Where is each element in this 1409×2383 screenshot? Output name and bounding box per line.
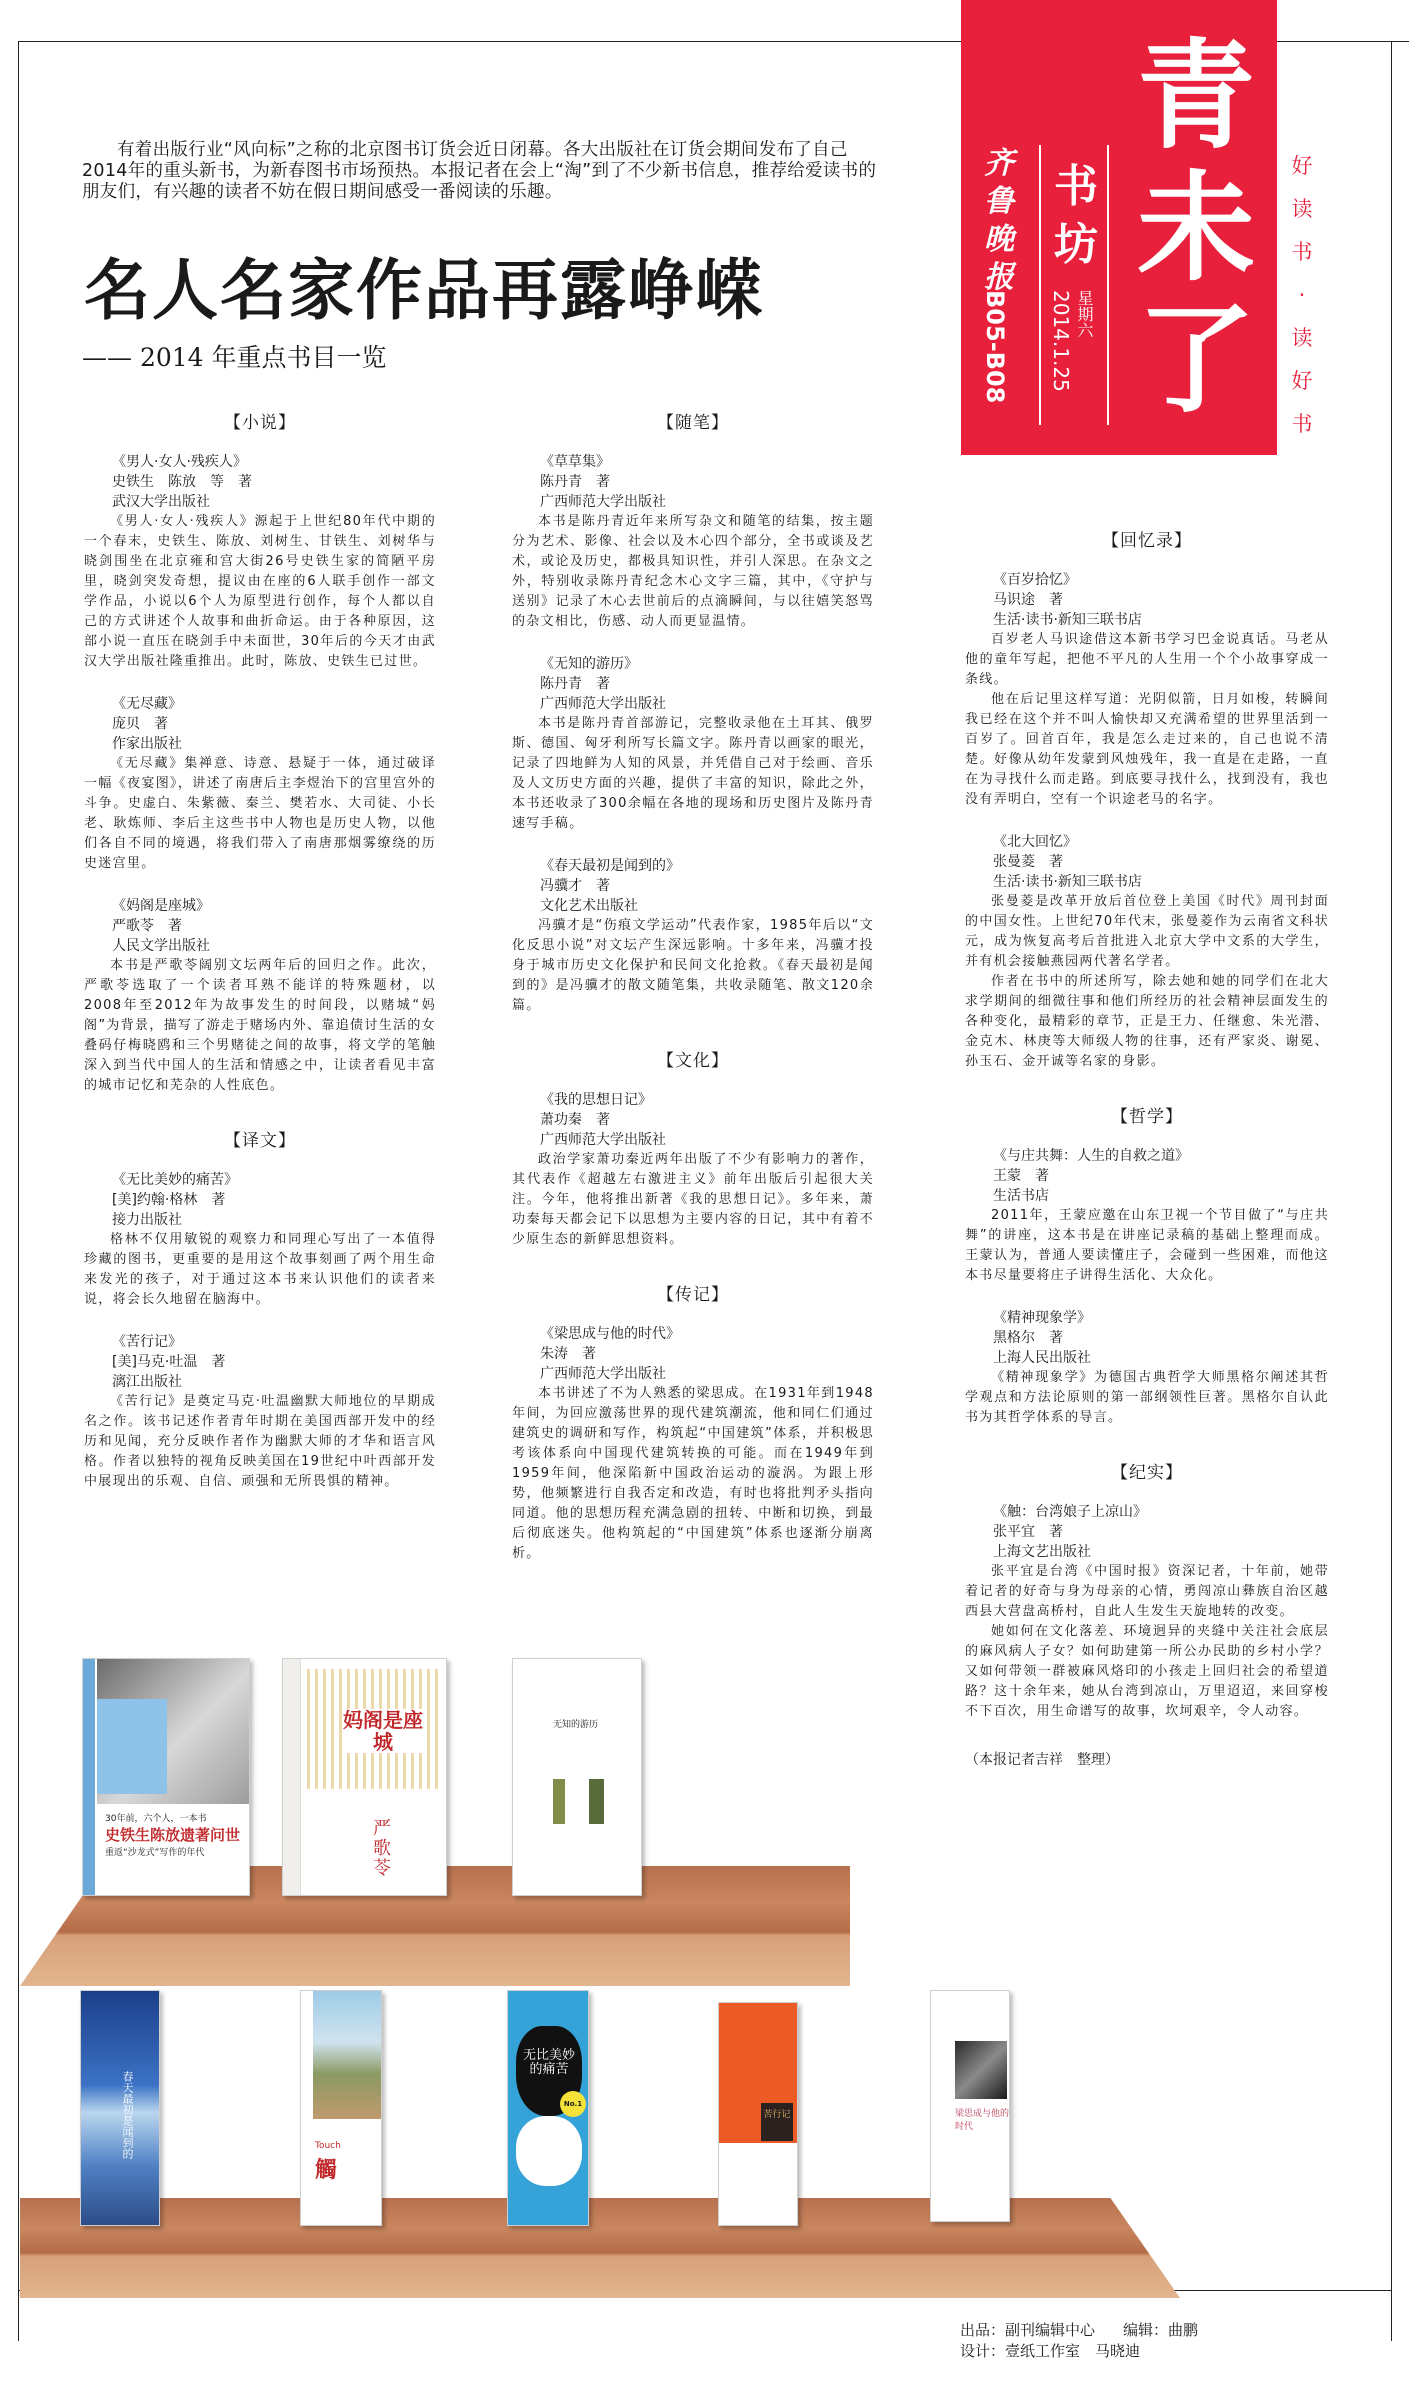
- book-title: 《我的思想日记》: [512, 1090, 874, 1110]
- book-description: 本书讲述了不为人熟悉的梁思成。在1931年到1948年间，为回应激荡世界的现代建…: [512, 1384, 874, 1564]
- slogan: 好读书·读好书: [1289, 145, 1315, 446]
- book-title: 《春天最初是闻到的》: [512, 856, 874, 876]
- book-publisher: 人民文学出版社: [84, 936, 436, 956]
- column-2: 【随笔】《草草集》陈丹青 著广西师范大学出版社本书是陈丹青近年来所写杂文和随笔的…: [512, 412, 874, 1586]
- producer-credit: 出品：副刊编辑中心: [960, 2321, 1095, 2339]
- book-title: 《与庄共舞：人生的自救之道》: [965, 1146, 1329, 1166]
- masthead-divider: [1107, 145, 1109, 425]
- book-description: 本书是陈丹青近年来所写杂文和随笔的结集，按主题分为艺术、影像、社会以及木心四个部…: [512, 512, 874, 632]
- masthead: 齐鲁晚报 书坊 B05-B08 2014.1.25 星期六 青未了: [961, 0, 1277, 455]
- book-publisher: 作家出版社: [84, 734, 436, 754]
- book-entry: 《百岁拾忆》马识途 著生活·读书·新知三联书店百岁老人马识途借这本新书学习巴金说…: [965, 570, 1329, 810]
- book-publisher: 广西师范大学出版社: [512, 492, 874, 512]
- description-paragraph: 2011年，王蒙应邀在山东卫视一个节目做了“与庄共舞”的讲座，这本书是在讲座记录…: [965, 1206, 1329, 1286]
- book-title: 《男人·女人·残疾人》: [84, 452, 436, 472]
- book-description: 《精神现象学》为德国古典哲学大师黑格尔阐述其哲学观点和方法论原则的第一部纲领性巨…: [965, 1368, 1329, 1428]
- book-entry: 《我的思想日记》萧功秦 著广西师范大学出版社政治学家萧功秦近两年出版了不少有影响…: [512, 1090, 874, 1250]
- book-title: 《无比美妙的痛苦》: [84, 1170, 436, 1190]
- issue-date: 2014.1.25: [1049, 290, 1073, 392]
- reporter-credit: （本报记者吉祥 整理）: [965, 1750, 1329, 1770]
- book-publisher: 生活·读书·新知三联书店: [965, 872, 1329, 892]
- book-author: 陈丹青 著: [512, 472, 874, 492]
- cover-photo: [955, 2041, 1007, 2099]
- book-title: 《精神现象学》: [965, 1308, 1329, 1328]
- cover-panel: [97, 1699, 167, 1794]
- book-publisher: 生活书店: [965, 1186, 1329, 1206]
- designer-credit: 设计：壹纸工作室 马晓迪: [960, 2342, 1140, 2360]
- book-cover-kuxingji: 苦行记: [718, 2002, 798, 2226]
- description-paragraph: 本书是严歌苓阔别文坛两年后的回归之作。此次，严歌苓选取了一个读者耳熟不能详的特殊…: [84, 956, 436, 1096]
- book-title: 《苦行记》: [84, 1332, 436, 1352]
- cover-title: 无知的游历: [553, 1717, 598, 1730]
- cover-title: 梁思成与他的时代: [955, 2106, 1009, 2132]
- masthead-divider: [1039, 145, 1041, 425]
- book-title: 《妈阁是座城》: [84, 896, 436, 916]
- section-heading: 【回忆录】: [965, 530, 1329, 552]
- book-cover-wuzhi-de-youli: 无知的游历: [512, 1658, 642, 1896]
- book-publisher: 广西师范大学出版社: [512, 1130, 874, 1150]
- book-author: 史铁生 陈放 等 著: [84, 472, 436, 492]
- cover-title: 妈阁是座城: [343, 1709, 423, 1753]
- book-author: 王蒙 著: [965, 1166, 1329, 1186]
- intro-paragraph: 有着出版行业“风向标”之称的北京图书订货会近日闭幕。各大出版社在订货会期间发布了…: [82, 140, 882, 203]
- book-title: 《草草集》: [512, 452, 874, 472]
- book-publisher: 广西师范大学出版社: [512, 694, 874, 714]
- cover-tagline: 30年前，六个人，一本书: [105, 1811, 206, 1824]
- book-publisher: 上海人民出版社: [965, 1348, 1329, 1368]
- description-paragraph: 《苦行记》是奠定马克·吐温幽默大师地位的早期成名之作。该书记述作者青年时期在美国…: [84, 1392, 436, 1492]
- book-cover-mage-shi-zuo-cheng: 妈阁是座城 严歌苓: [282, 1658, 447, 1896]
- book-spine: [83, 1659, 95, 1895]
- cover-cloud-white: [516, 2116, 582, 2186]
- book-description: 格林不仅用敏锐的观察力和同理心写出了一本值得珍藏的图书，更重要的是用这个故事刻画…: [84, 1230, 436, 1310]
- section-heading: 【纪实】: [965, 1462, 1329, 1484]
- book-publisher: 上海文艺出版社: [965, 1542, 1329, 1562]
- cover-title: 无比美妙的痛苦: [520, 2049, 578, 2078]
- book-description: 《苦行记》是奠定马克·吐温幽默大师地位的早期成名之作。该书记述作者青年时期在美国…: [84, 1392, 436, 1492]
- book-author: 严歌苓 著: [84, 916, 436, 936]
- book-description: 百岁老人马识途借这本新书学习巴金说真话。马老从他的童年写起，把他不平凡的人生用一…: [965, 630, 1329, 810]
- description-paragraph: 作者在书中的所述所写，除去她和她的同学们在北大求学期间的细微往事和他们所经历的社…: [965, 972, 1329, 1072]
- subheadline: —— 2014 年重点书目一览: [82, 338, 387, 374]
- cover-badge: No.1: [560, 2091, 586, 2117]
- cover-title: 苦行记: [761, 2103, 793, 2141]
- book-publisher: 漓江出版社: [84, 1372, 436, 1392]
- book-entry: 《与庄共舞：人生的自救之道》王蒙 著生活书店2011年，王蒙应邀在山东卫视一个节…: [965, 1146, 1329, 1286]
- cover-en-title: Touch: [315, 2141, 341, 2151]
- description-paragraph: 《男人·女人·残疾人》源起于上世纪80年代中期的一个春末，史铁生、陈放、刘树生、…: [84, 512, 436, 672]
- section-heading: 【哲学】: [965, 1106, 1329, 1128]
- description-paragraph: 本书讲述了不为人熟悉的梁思成。在1931年到1948年间，为回应激荡世界的现代建…: [512, 1384, 874, 1564]
- book-entry: 《苦行记》[美]马克·吐温 著漓江出版社《苦行记》是奠定马克·吐温幽默大师地位的…: [84, 1332, 436, 1492]
- description-paragraph: 张平宜是台湾《中国时报》资深记者，十年前，她带着记者的好奇与身为母亲的心情，勇闯…: [965, 1562, 1329, 1622]
- book-entry: 《北大回忆》张曼菱 著生活·读书·新知三联书店张曼菱是改革开放后首位登上美国《时…: [965, 832, 1329, 1072]
- book-entry: 《梁思成与他的时代》朱涛 著广西师范大学出版社本书讲述了不为人熟悉的梁思成。在1…: [512, 1324, 874, 1564]
- book-author: 陈丹青 著: [512, 674, 874, 694]
- book-entry: 《无比美妙的痛苦》[美]约翰·格林 著接力出版社格林不仅用敏锐的观察力和同理心写…: [84, 1170, 436, 1310]
- book-entry: 《春天最初是闻到的》冯骥才 著文化艺术出版社冯骥才是“伤痕文学运动”代表作家，1…: [512, 856, 874, 1016]
- book-description: 《男人·女人·残疾人》源起于上世纪80年代中期的一个春末，史铁生、陈放、刘树生、…: [84, 512, 436, 672]
- book-author: [美]马克·吐温 著: [84, 1352, 436, 1372]
- book-cover-wubi-meimiao: 无比美妙的痛苦 No.1: [507, 1990, 589, 2226]
- book-description: 2011年，王蒙应邀在山东卫视一个节目做了“与庄共舞”的讲座，这本书是在讲座记录…: [965, 1206, 1329, 1286]
- book-author: [美]约翰·格林 著: [84, 1190, 436, 1210]
- book-author: 张曼菱 著: [965, 852, 1329, 872]
- section-heading: 【传记】: [512, 1284, 874, 1306]
- cover-illustration: [553, 1779, 613, 1824]
- section-name: 书坊: [1051, 158, 1101, 274]
- book-publisher: 广西师范大学出版社: [512, 1364, 874, 1384]
- book-publisher: 生活·读书·新知三联书店: [965, 610, 1329, 630]
- cover-author: 严歌苓: [373, 1819, 393, 1879]
- book-author: 马识途 著: [965, 590, 1329, 610]
- credits-footer: 出品：副刊编辑中心编辑：曲鹏 设计：壹纸工作室 马晓迪: [960, 2320, 1198, 2362]
- book-title: 《触：台湾娘子上凉山》: [965, 1502, 1329, 1522]
- book-cover-nanren-nvren: 30年前，六个人，一本书 史铁生陈放遗著问世 重返“沙龙式”写作的年代: [82, 1658, 250, 1896]
- masthead-title: 青未了: [1121, 30, 1271, 426]
- description-paragraph: 格林不仅用敏锐的观察力和同理心写出了一本值得珍藏的图书，更重要的是用这个故事刻画…: [84, 1230, 436, 1310]
- description-paragraph: 张曼菱是改革开放后首位登上美国《时代》周刊封面的中国女性。上世纪70年代末，张曼…: [965, 892, 1329, 972]
- description-paragraph: 百岁老人马识途借这本新书学习巴金说真话。马老从他的童年写起，把他不平凡的人生用一…: [965, 630, 1329, 690]
- book-entry: 《草草集》陈丹青 著广西师范大学出版社本书是陈丹青近年来所写杂文和随笔的结集，按…: [512, 452, 874, 632]
- section-heading: 【小说】: [84, 412, 436, 434]
- section-heading: 【译文】: [84, 1130, 436, 1152]
- book-author: 冯骥才 著: [512, 876, 874, 896]
- book-title: 《无知的游历》: [512, 654, 874, 674]
- issue-weekday: 星期六: [1073, 290, 1096, 338]
- description-paragraph: 她如何在文化落差、环境迥异的夹缝中关注社会底层的麻风病人子女？如何助建第一所公办…: [965, 1622, 1329, 1722]
- headline: 名人名家作品再露峥嵘: [84, 255, 764, 327]
- description-paragraph: 《精神现象学》为德国古典哲学大师黑格尔阐述其哲学观点和方法论原则的第一部纲领性巨…: [965, 1368, 1329, 1428]
- book-description: 本书是严歌苓阔别文坛两年后的回归之作。此次，严歌苓选取了一个读者耳熟不能详的特殊…: [84, 956, 436, 1096]
- cover-subtitle: 重返“沙龙式”写作的年代: [105, 1845, 204, 1858]
- book-entry: 《无知的游历》陈丹青 著广西师范大学出版社本书是陈丹青首部游记，完整收录他在土耳…: [512, 654, 874, 834]
- description-paragraph: 政治学家萧功秦近两年出版了不少有影响力的著作，其代表作《超越左右激进主义》前年出…: [512, 1150, 874, 1250]
- book-cover-chuntian: 春天最初是闻到的: [80, 1990, 160, 2226]
- description-paragraph: 他在后记里这样写道：光阴似箭，日月如梭，转瞬间我已经在这个并不叫人愉快却又充满希…: [965, 690, 1329, 810]
- book-title: 《梁思成与他的时代》: [512, 1324, 874, 1344]
- book-entry: 《无尽藏》庞贝 著作家出版社《无尽藏》集禅意、诗意、悬疑于一体，通过破译一幅《夜…: [84, 694, 436, 874]
- column-3: 【回忆录】《百岁拾忆》马识途 著生活·读书·新知三联书店百岁老人马识途借这本新书…: [965, 530, 1329, 1770]
- book-cover-chu: Touch 觸: [300, 1990, 382, 2226]
- book-title: 《无尽藏》: [84, 694, 436, 714]
- frame-right-rule: [1391, 41, 1392, 2341]
- book-title: 《北大回忆》: [965, 832, 1329, 852]
- cover-photo: [313, 1991, 381, 2119]
- book-author: 朱涛 著: [512, 1344, 874, 1364]
- description-paragraph: 本书是陈丹青近年来所写杂文和随笔的结集，按主题分为艺术、影像、社会以及木心四个部…: [512, 512, 874, 632]
- book-author: 庞贝 著: [84, 714, 436, 734]
- book-description: 冯骥才是“伤痕文学运动”代表作家，1985年后以“文化反思小说”对文坛产生深远影…: [512, 916, 874, 1016]
- book-entry: 《触：台湾娘子上凉山》张平宜 著上海文艺出版社张平宜是台湾《中国时报》资深记者，…: [965, 1502, 1329, 1722]
- book-entry: 《男人·女人·残疾人》史铁生 陈放 等 著武汉大学出版社《男人·女人·残疾人》源…: [84, 452, 436, 672]
- book-entry: 《妈阁是座城》严歌苓 著人民文学出版社本书是严歌苓阔别文坛两年后的回归之作。此次…: [84, 896, 436, 1096]
- book-description: 本书是陈丹青首部游记，完整收录他在土耳其、俄罗斯、德国、匈牙利所写长篇文字。陈丹…: [512, 714, 874, 834]
- section-heading: 【随笔】: [512, 412, 874, 434]
- column-1: 【小说】《男人·女人·残疾人》史铁生 陈放 等 著武汉大学出版社《男人·女人·残…: [84, 412, 436, 1514]
- cover-highlight: 史铁生陈放遗著问世: [105, 1824, 240, 1845]
- editor-credit: 编辑：曲鹏: [1123, 2321, 1198, 2339]
- book-publisher: 文化艺术出版社: [512, 896, 874, 916]
- book-cover-liang-sicheng: 梁思成与他的时代: [930, 1990, 1010, 2222]
- book-title: 《百岁拾忆》: [965, 570, 1329, 590]
- book-description: 《无尽藏》集禅意、诗意、悬疑于一体，通过破译一幅《夜宴图》，讲述了南唐后主李煜治…: [84, 754, 436, 874]
- page-range: B05-B08: [981, 290, 1009, 403]
- book-author: 张平宜 著: [965, 1522, 1329, 1542]
- book-publisher: 接力出版社: [84, 1210, 436, 1230]
- book-entry: 《精神现象学》黑格尔 著上海人民出版社《精神现象学》为德国古典哲学大师黑格尔阐述…: [965, 1308, 1329, 1428]
- description-paragraph: 冯骥才是“伤痕文学运动”代表作家，1985年后以“文化反思小说”对文坛产生深远影…: [512, 916, 874, 1016]
- book-description: 政治学家萧功秦近两年出版了不少有影响力的著作，其代表作《超越左右激进主义》前年出…: [512, 1150, 874, 1250]
- cover-title: 觸: [315, 2153, 337, 2184]
- book-author: 黑格尔 著: [965, 1328, 1329, 1348]
- description-paragraph: 《无尽藏》集禅意、诗意、悬疑于一体，通过破译一幅《夜宴图》，讲述了南唐后主李煜治…: [84, 754, 436, 874]
- cover-title: 春天最初是闻到的: [119, 2071, 135, 2159]
- book-publisher: 武汉大学出版社: [84, 492, 436, 512]
- newspaper-name: 齐鲁晚报: [977, 145, 1021, 297]
- book-author: 萧功秦 著: [512, 1110, 874, 1130]
- description-paragraph: 本书是陈丹青首部游记，完整收录他在土耳其、俄罗斯、德国、匈牙利所写长篇文字。陈丹…: [512, 714, 874, 834]
- book-description: 张平宜是台湾《中国时报》资深记者，十年前，她带着记者的好奇与身为母亲的心情，勇闯…: [965, 1562, 1329, 1722]
- section-heading: 【文化】: [512, 1050, 874, 1072]
- book-description: 张曼菱是改革开放后首位登上美国《时代》周刊封面的中国女性。上世纪70年代末，张曼…: [965, 892, 1329, 1072]
- book-spine: [283, 1659, 301, 1895]
